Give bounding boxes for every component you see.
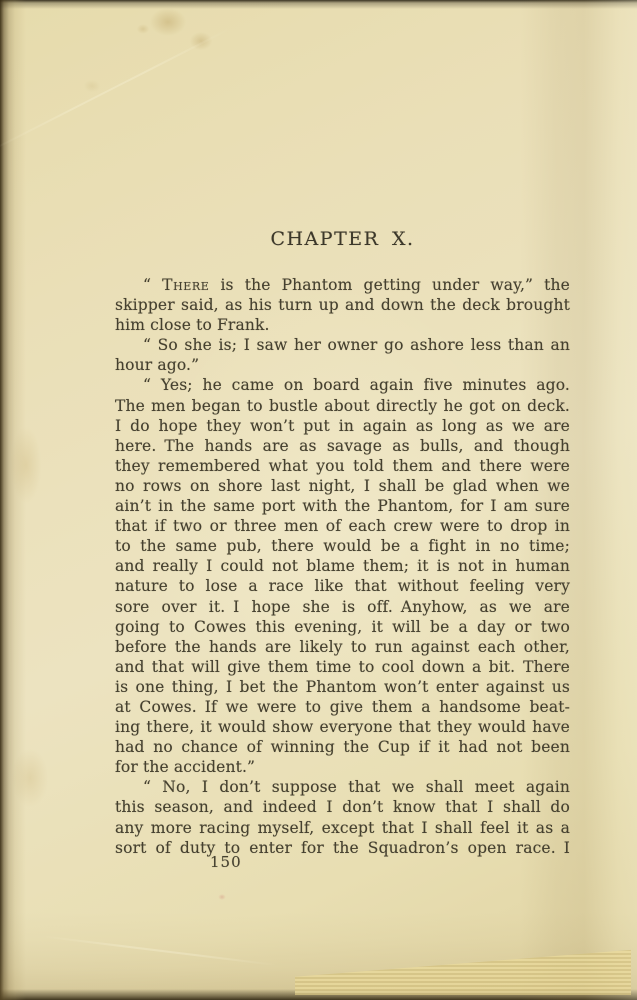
text-line: The men began to bustle about directly h… xyxy=(115,396,570,416)
text-line: ing there, it would show everyone that t… xyxy=(115,717,570,737)
text-block: “ There is the Phantom getting under way… xyxy=(115,275,570,858)
paper-crease-bottom xyxy=(40,935,278,966)
text-line: “ Yes; he came on board again five minut… xyxy=(115,375,570,395)
text-line: and that will give them time to cool dow… xyxy=(115,657,570,677)
text-line: going to Cowes this evening, it will be … xyxy=(115,617,570,637)
small-caps-word: There xyxy=(162,276,209,294)
text-line: any more racing myself, except that I sh… xyxy=(115,818,570,838)
chapter-heading: CHAPTER X. xyxy=(115,227,570,251)
text-line: is one thing, I bet the Phantom won’t en… xyxy=(115,677,570,697)
text-line: had no chance of winning the Cup if it h… xyxy=(115,737,570,757)
book-page: CHAPTER X. “ There is the Phantom gettin… xyxy=(0,0,637,1000)
text-line: I do hope they won’t put in again as lon… xyxy=(115,416,570,436)
page-number: 150 xyxy=(210,853,242,871)
text-line: here. The hands are as savage as bulls, … xyxy=(115,436,570,456)
text-line: sort of duty to enter for the Squadron’s… xyxy=(115,838,570,858)
paper-crease-top xyxy=(0,28,231,152)
text-line: for the accident.” xyxy=(115,757,570,777)
text-line: hour ago.” xyxy=(115,355,570,375)
text-line: sore over it. I hope she is off. Anyhow,… xyxy=(115,597,570,617)
text-line: ain’t in the same port with the Phantom,… xyxy=(115,496,570,516)
text-line: “ No, I don’t suppose that we shall meet… xyxy=(115,777,570,797)
text-line: “ There is the Phantom getting under way… xyxy=(115,275,570,295)
text-line: no rows on shore last night, I shall be … xyxy=(115,476,570,496)
text-line: and really I could not blame them; it is… xyxy=(115,556,570,576)
text-line: before the hands are likely to run again… xyxy=(115,637,570,657)
text-line: skipper said, as his turn up and down th… xyxy=(115,295,570,315)
text-line: that if two or three men of each crew we… xyxy=(115,516,570,536)
text-line: they remembered what you told them and t… xyxy=(115,456,570,476)
text-line: to the same pub, there would be a fight … xyxy=(115,536,570,556)
text-line: nature to lose a race like that without … xyxy=(115,576,570,596)
text-line: at Cowes. If we were to give them a hand… xyxy=(115,697,570,717)
text-line: him close to Frank. xyxy=(115,315,570,335)
page-edge-stack xyxy=(295,947,631,995)
text-line: this season, and indeed I don’t know tha… xyxy=(115,797,570,817)
text-line: “ So she is; I saw her owner go ashore l… xyxy=(115,335,570,355)
